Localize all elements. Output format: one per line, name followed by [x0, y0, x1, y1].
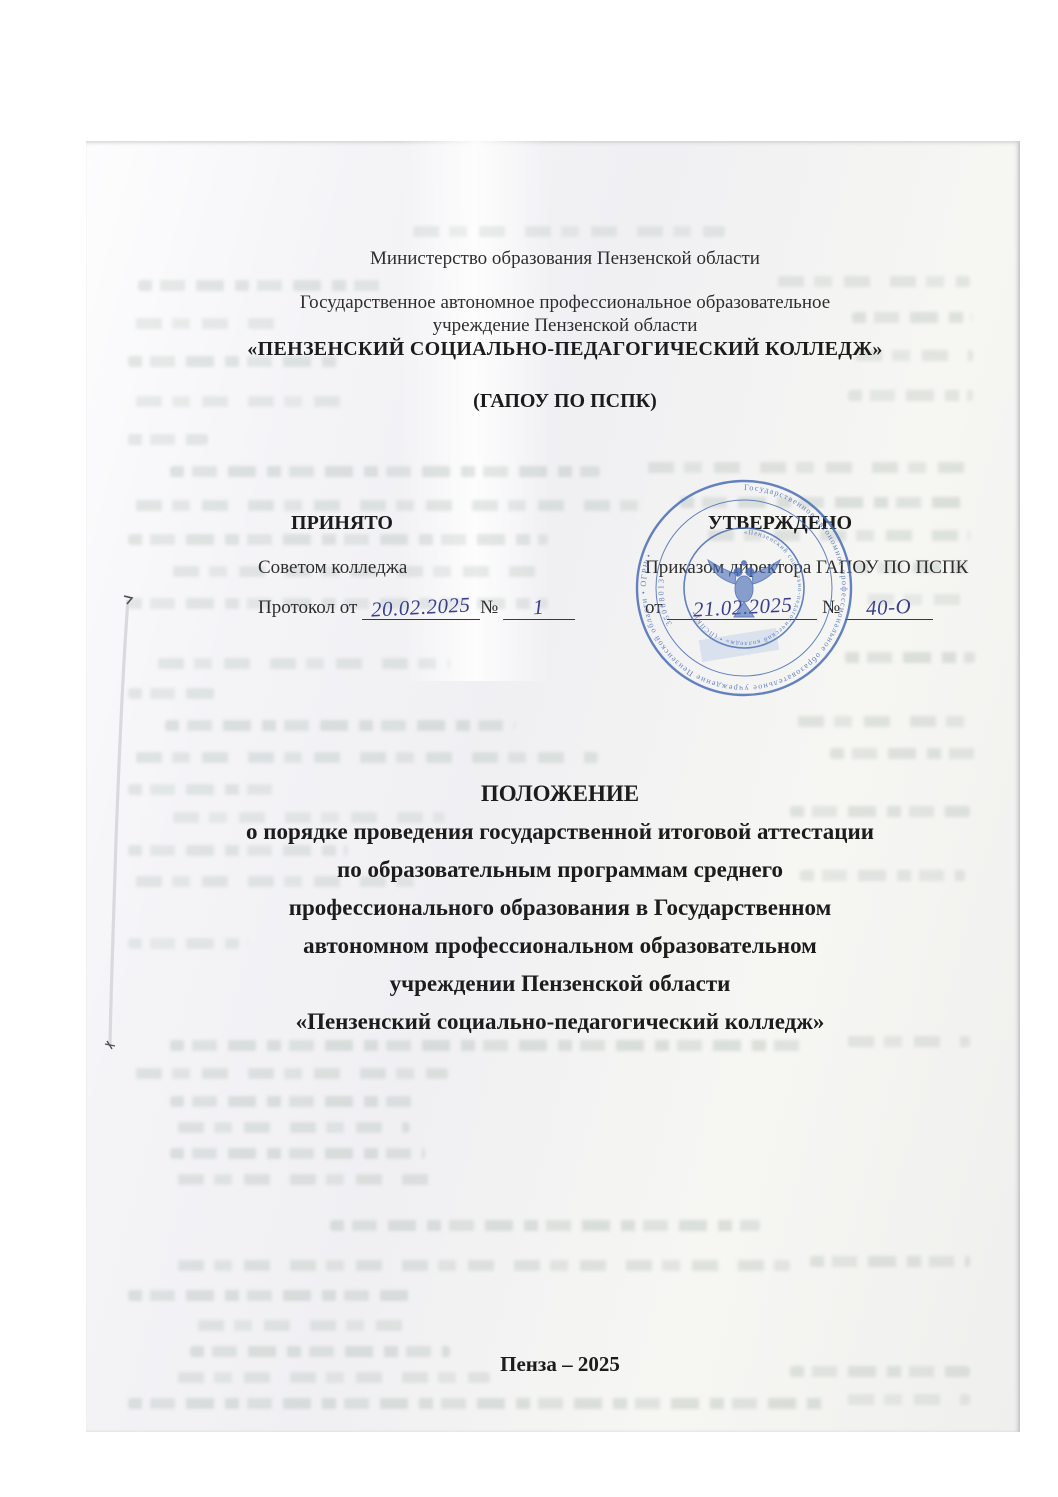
- bleed-through-line: [170, 1040, 810, 1051]
- accepted-number-underline: 1: [503, 594, 575, 620]
- title-line: «Пензенский социально-педагогический кол…: [180, 1003, 940, 1041]
- eagle-emblem: [708, 560, 780, 617]
- org-line-1: Государственное автономное профессиональ…: [215, 292, 915, 314]
- title-line: о порядке проведения государственной ито…: [180, 813, 940, 851]
- org-name: «ПЕНЗЕНСКИЙ СОЦИАЛЬНО-ПЕДАГОГИЧЕСКИЙ КОЛ…: [175, 338, 955, 361]
- title-line: автономном профессиональном образователь…: [180, 927, 940, 965]
- title-line: учреждении Пензенской области: [180, 965, 940, 1003]
- bleed-through-line: [405, 226, 725, 237]
- org-abbreviation: (ГАПОУ ПО ПСПК): [215, 390, 915, 413]
- accepted-number-handwritten: 1: [533, 595, 545, 621]
- bleed-through-line: [790, 716, 975, 727]
- accepted-number-label: №: [480, 597, 498, 618]
- bleed-through-line: [128, 500, 648, 511]
- footer-city-year: Пенза – 2025: [210, 1352, 910, 1377]
- bleed-through-line: [128, 1068, 448, 1079]
- title-line: по образовательным программам среднего: [180, 851, 940, 889]
- thread-line: [110, 600, 128, 1046]
- bleed-through-line: [128, 1398, 828, 1409]
- bleed-through-line: [128, 534, 548, 545]
- accepted-date-underline: 20.02.2025: [362, 594, 480, 620]
- bleed-through-line: [330, 1220, 760, 1231]
- bleed-through-line: [165, 720, 515, 731]
- bleed-through-line: [190, 1320, 420, 1331]
- ministry-line: Министерство образования Пензенской обла…: [215, 248, 915, 270]
- bleed-through-line: [770, 276, 970, 287]
- bleed-through-line: [170, 466, 600, 477]
- title-line: ПОЛОЖЕНИЕ: [180, 775, 940, 813]
- org-line-2: учреждение Пензенской области: [215, 315, 915, 337]
- bleed-through-line: [170, 1148, 425, 1159]
- approved-number-handwritten: 40-О: [866, 594, 912, 621]
- title-line: профессионального образования в Государс…: [180, 889, 940, 927]
- bleed-through-line: [138, 280, 388, 291]
- scanned-document-page: Министерство образования Пензенской обла…: [0, 0, 1058, 1497]
- bleed-through-line: [840, 1394, 970, 1405]
- stamp-ogrn-digits: 35068013: [656, 577, 673, 627]
- official-stamp: Государственное автономное профессиональ…: [628, 472, 860, 704]
- bleed-through-line: [830, 748, 975, 759]
- document-title: ПОЛОЖЕНИЕ о порядке проведения государст…: [180, 775, 940, 1041]
- accepted-date-handwritten: 20.02.2025: [371, 592, 472, 622]
- bleed-through-line: [128, 1290, 418, 1301]
- accepted-by: Советом колледжа: [258, 557, 407, 579]
- bleed-through-line: [170, 1122, 410, 1133]
- accepted-line-prefix: Протокол от: [258, 597, 357, 618]
- bleed-through-line: [170, 1260, 790, 1271]
- bleed-through-line: [128, 434, 208, 445]
- bleed-through-line: [170, 1096, 420, 1107]
- bleed-through-line: [128, 752, 598, 763]
- accepted-protocol-line: Протокол от 20.02.2025№ 1: [258, 594, 575, 620]
- accepted-heading: ПРИНЯТО: [262, 512, 422, 535]
- bleed-through-line: [150, 658, 450, 669]
- bleed-through-line: [170, 1174, 435, 1185]
- binding-thread: [98, 588, 158, 1068]
- bleed-through-line: [845, 652, 975, 663]
- bleed-through-line: [810, 1256, 970, 1267]
